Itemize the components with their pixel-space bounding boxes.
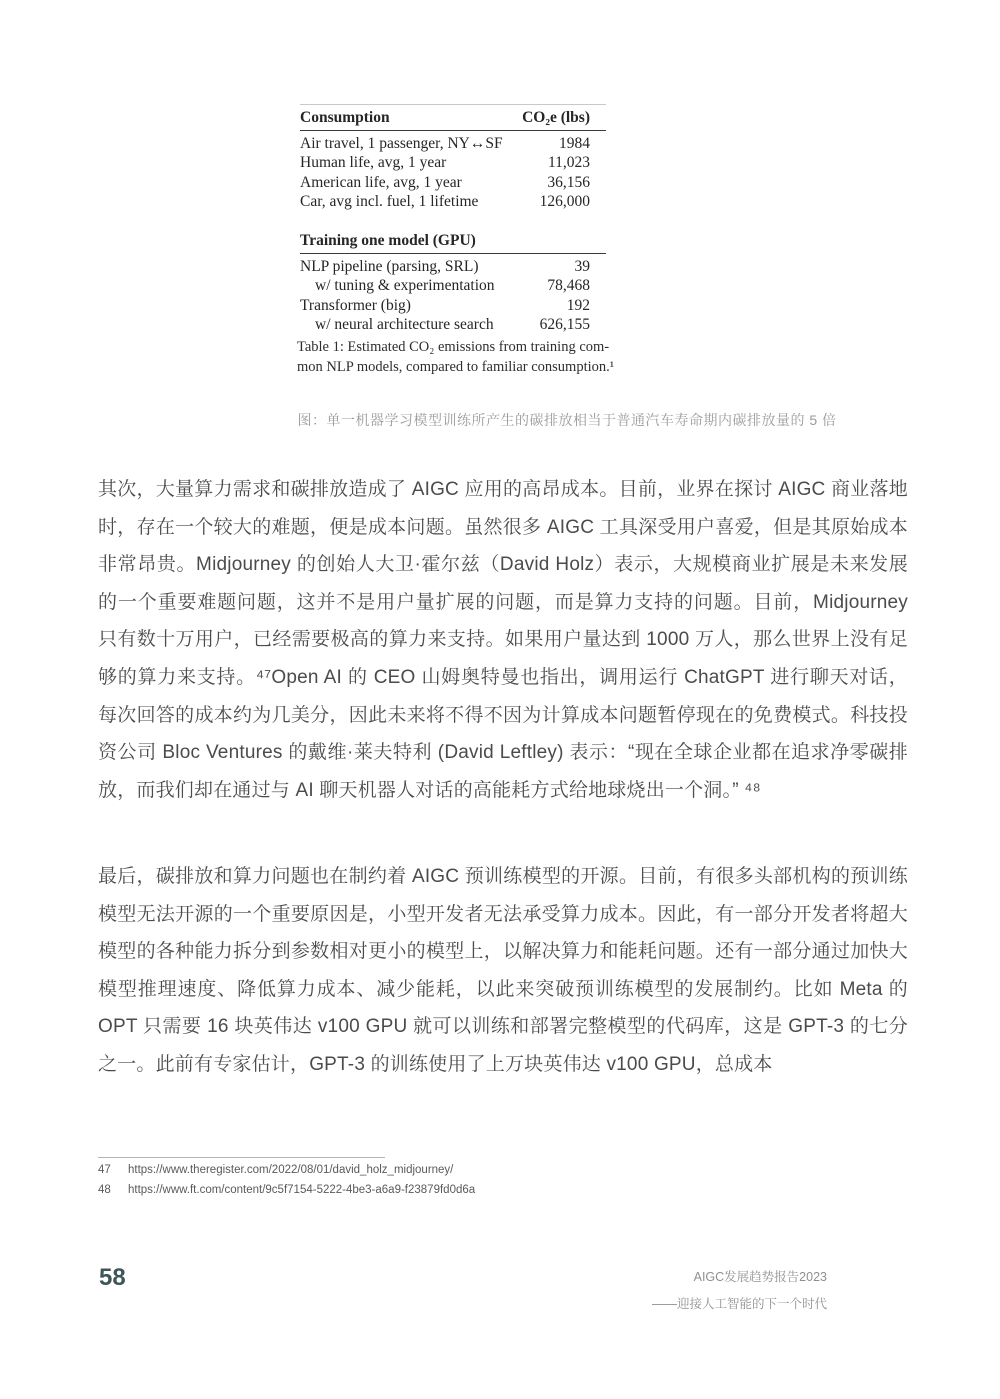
- table-cell-label: w/ tuning & experimentation: [300, 276, 495, 296]
- table-cell-value: 1984: [559, 134, 606, 154]
- table-row: Car, avg incl. fuel, 1 lifetime 126,000: [300, 192, 606, 212]
- table-cell-label: Transformer (big): [300, 296, 411, 316]
- table-top-rule: [300, 104, 606, 105]
- footer-report-title: AIGC发展趋势报告2023: [652, 1264, 827, 1291]
- footnote-url: https://www.ft.com/content/9c5f7154-5222…: [128, 1184, 475, 1196]
- table-header-training: Training one model (GPU): [300, 231, 476, 251]
- body-paragraph-2: 最后，碳排放和算力问题也在制约着 AIGC 预训练模型的开源。目前，有很多头部机…: [98, 858, 908, 1084]
- page-number: 58: [99, 1264, 126, 1292]
- table-header-row: Consumption CO₂e (lbs): [300, 108, 606, 128]
- footnote-separator: [98, 1157, 385, 1158]
- table-row: Human life, avg, 1 year 11,023: [300, 153, 606, 173]
- table-row: w/ tuning & experimentation 78,468: [300, 276, 606, 296]
- table-row: Air travel, 1 passenger, NY↔SF 1984: [300, 134, 606, 154]
- footnote-48: 48 https://www.ft.com/content/9c5f7154-5…: [98, 1184, 475, 1196]
- table-row: American life, avg, 1 year 36,156: [300, 173, 606, 193]
- footnote-number: 48: [98, 1184, 128, 1196]
- table-cell-value: 39: [575, 257, 607, 277]
- table-cell-value: 192: [567, 296, 606, 316]
- table-cell-value: 11,023: [548, 153, 606, 173]
- footer-report-info: AIGC发展趋势报告2023 ——迎接人工智能的下一个时代: [652, 1264, 827, 1318]
- table-cell-label: American life, avg, 1 year: [300, 173, 462, 193]
- table-cell-label: w/ neural architecture search: [300, 315, 494, 335]
- table-cell-label: Car, avg incl. fuel, 1 lifetime: [300, 192, 478, 212]
- footnote-number: 47: [98, 1164, 128, 1176]
- report-page: Consumption CO₂e (lbs) Air travel, 1 pas…: [0, 0, 1000, 1399]
- table-row: w/ neural architecture search 626,155: [300, 315, 606, 335]
- footer-report-subtitle: ——迎接人工智能的下一个时代: [652, 1291, 827, 1318]
- table-section-gap: [300, 212, 606, 231]
- table-row: NLP pipeline (parsing, SRL) 39: [300, 257, 606, 277]
- table-cell-value: 36,156: [547, 173, 606, 193]
- table-rule: [300, 253, 606, 254]
- figure-caption: 图：单一机器学习模型训练所产生的碳排放相当于普通汽车寿命期内碳排放量的 5 倍: [228, 410, 906, 430]
- table-cell-value: 78,468: [547, 276, 606, 296]
- table-caption: Table 1: Estimated CO₂ emissions from tr…: [297, 338, 627, 377]
- table-cell-value: 126,000: [540, 192, 606, 212]
- table-cell-label: NLP pipeline (parsing, SRL): [300, 257, 479, 277]
- body-paragraph-1: 其次，大量算力需求和碳排放造成了 AIGC 应用的高昂成本。目前，业界在探讨 A…: [98, 471, 908, 809]
- table-rule: [300, 130, 606, 131]
- table-cell-value: 626,155: [540, 315, 606, 335]
- table-header-row: Training one model (GPU): [300, 231, 606, 251]
- table-header-co2e: CO₂e (lbs): [522, 108, 606, 128]
- table-cell-label: Human life, avg, 1 year: [300, 153, 446, 173]
- table-header-consumption: Consumption: [300, 108, 390, 128]
- table-row: Transformer (big) 192: [300, 296, 606, 316]
- co2-emissions-table: Consumption CO₂e (lbs) Air travel, 1 pas…: [300, 104, 606, 335]
- footnote-url: https://www.theregister.com/2022/08/01/d…: [128, 1164, 453, 1176]
- footnote-47: 47 https://www.theregister.com/2022/08/0…: [98, 1164, 453, 1176]
- table-cell-label: Air travel, 1 passenger, NY↔SF: [300, 134, 503, 154]
